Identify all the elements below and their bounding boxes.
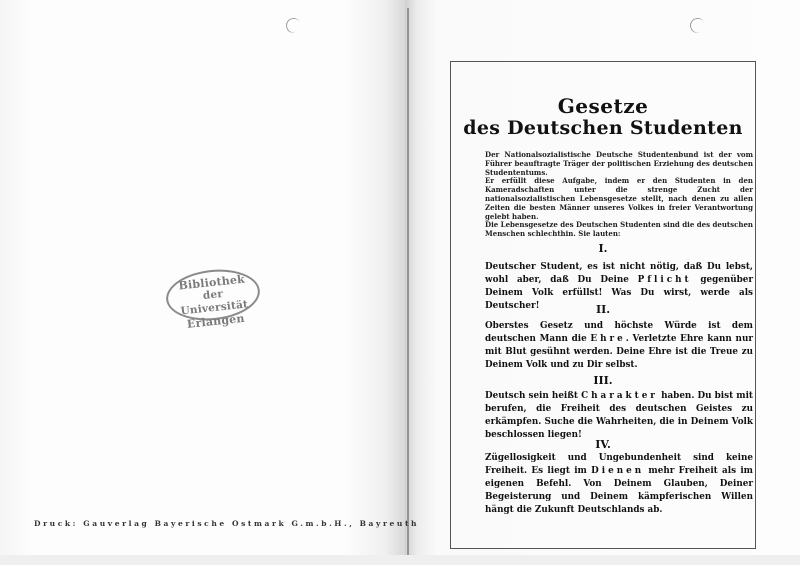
intro-paragraph: Der Nationalsozialistische Deutsche Stud… <box>485 151 753 177</box>
intro-paragraph: Die Lebensgesetze des Deutschen Studente… <box>485 221 753 239</box>
book-gutter <box>407 8 409 555</box>
book-spread: Bibliothek der Universität Erlangen Druc… <box>0 0 800 555</box>
page-title: Gesetze <box>450 94 756 118</box>
law-emphasis: Dienen <box>591 466 644 476</box>
law-text: Oberstes Gesetz und höchste Würde ist de… <box>485 320 753 372</box>
law-emphasis: Ehre <box>590 334 625 344</box>
intro-paragraph: Er erfüllt diese Aufgabe, indem er den S… <box>485 177 753 221</box>
printer-imprint: Druck: Gauverlag Bayerische Ostmark G.m.… <box>34 519 364 528</box>
law-text-part: Deutsch sein heißt <box>485 391 581 401</box>
intro-text: Der Nationalsozialistische Deutsche Stud… <box>485 151 753 239</box>
law-numeral: I. <box>450 242 756 255</box>
law-text: Deutsch sein heißt Charakter haben. Du b… <box>485 390 753 442</box>
law-numeral: II. <box>450 303 756 316</box>
law-emphasis: Charakter <box>581 391 658 401</box>
law-text: Zügellosigkeit und Ungebundenheit sind k… <box>485 452 753 517</box>
law-numeral: III. <box>450 374 756 387</box>
law-emphasis: Pflicht <box>638 275 692 285</box>
page-subtitle: des Deutschen Studenten <box>450 117 756 139</box>
scan-bottom-edge <box>0 555 800 565</box>
law-numeral: IV. <box>450 438 756 451</box>
